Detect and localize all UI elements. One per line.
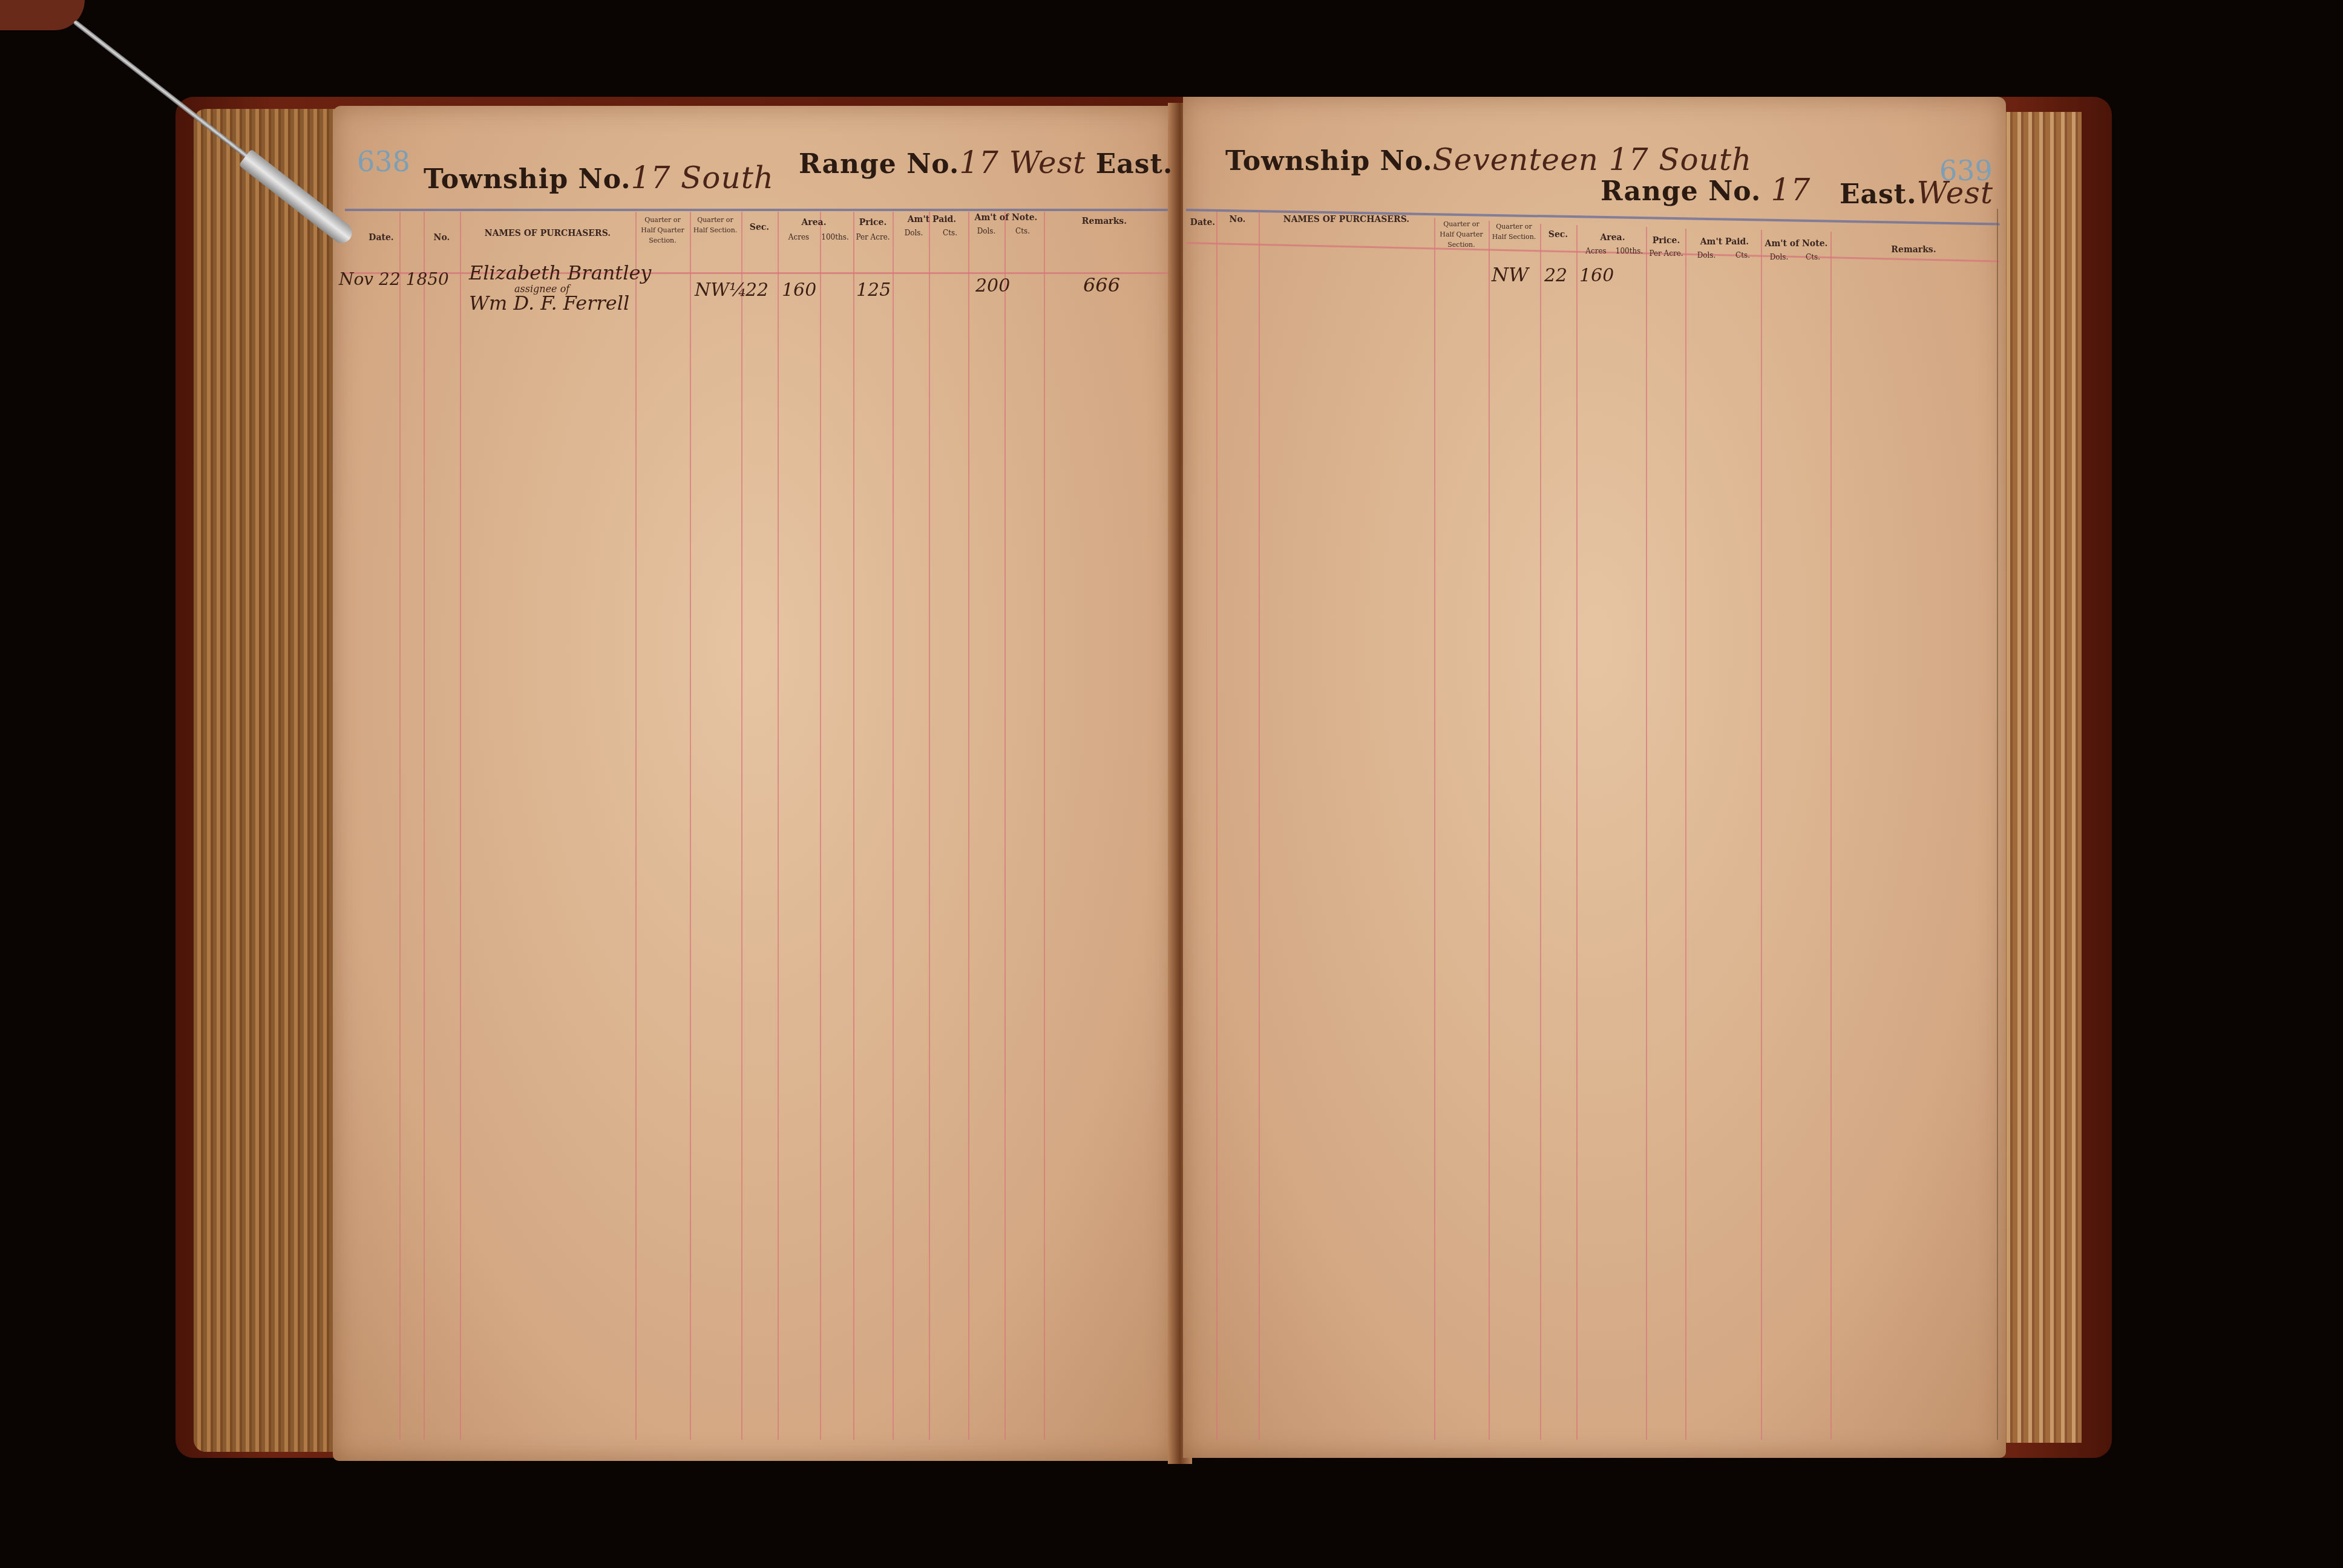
entry-sec: 22 xyxy=(1544,265,1567,286)
vline xyxy=(1434,218,1435,1440)
entry-remarks: 666 xyxy=(1083,273,1120,296)
col-amt-paid: Am't Paid. xyxy=(1688,237,1761,247)
col-sec: Sec. xyxy=(741,223,778,233)
col-names: NAMES OF PURCHASERS. xyxy=(466,229,629,239)
left-page-number: 638 xyxy=(357,145,410,178)
col-quarter-half-quarter: Quarter or Half Quarter Section. xyxy=(1435,219,1487,250)
vline xyxy=(1259,212,1260,1440)
vline xyxy=(1685,229,1686,1440)
vline xyxy=(424,212,425,1440)
range-label: Range No. xyxy=(1601,176,1761,207)
col-date: Date. xyxy=(363,233,399,243)
col-date: Date. xyxy=(1189,218,1216,228)
col-amt-paid-dols: Dols. xyxy=(896,229,932,237)
col-quarter-half-quarter: Quarter or Half Quarter Section. xyxy=(637,215,689,246)
col-no: No. xyxy=(1222,215,1253,225)
entry-sec: 22 xyxy=(745,279,768,301)
entry-area-acres: 160 xyxy=(1579,265,1614,286)
range-value: 17 West xyxy=(959,145,1086,180)
vline xyxy=(460,212,461,1440)
col-remarks: Remarks. xyxy=(1047,217,1162,227)
vline xyxy=(1004,212,1006,1440)
col-price-per-acre: Per Acre. xyxy=(853,233,893,241)
col-quarter-half: Quarter or Half Section. xyxy=(691,215,739,235)
vline xyxy=(741,212,742,1440)
col-area-100ths: 100ths. xyxy=(1613,247,1646,255)
vline xyxy=(820,212,821,1440)
township-value: 17 South xyxy=(631,160,774,195)
vline xyxy=(778,212,779,1440)
vline xyxy=(690,212,691,1440)
entry-quarter-half: NW xyxy=(1492,263,1529,286)
vline xyxy=(1646,227,1647,1440)
township-label: Township No. xyxy=(1225,146,1433,177)
col-area-acres: Acres xyxy=(781,233,817,241)
vline xyxy=(635,212,637,1440)
left-header: Township No.17 South xyxy=(424,160,774,195)
col-amt-note: Am't of Note. xyxy=(968,213,1044,223)
col-amt-note-dols: Dols. xyxy=(1762,253,1796,261)
vline xyxy=(853,212,854,1440)
col-area: Area. xyxy=(1579,233,1646,243)
range-value: 17 xyxy=(1771,172,1811,207)
vline xyxy=(1576,225,1578,1440)
vline xyxy=(1216,212,1217,1440)
col-amt-note: Am't of Note. xyxy=(1762,239,1830,249)
entry-date: Nov 22 1850 xyxy=(339,269,449,289)
left-header-rule xyxy=(345,209,1168,211)
col-no: No. xyxy=(424,233,460,243)
left-page xyxy=(333,106,1174,1461)
col-price-per-acre: Per Acre. xyxy=(1647,249,1685,258)
col-amt-paid-dols: Dols. xyxy=(1688,251,1725,260)
vline xyxy=(893,212,894,1440)
col-area-acres: Acres xyxy=(1579,247,1613,255)
col-remarks: Remarks. xyxy=(1833,245,1994,255)
col-quarter-half: Quarter or Half Section. xyxy=(1490,221,1538,242)
col-amt-paid-cts: Cts. xyxy=(932,229,968,237)
east-value: West xyxy=(1916,175,1993,211)
spatula-handle xyxy=(73,20,257,165)
right-range: Range No. 17 xyxy=(1601,172,1810,207)
vline xyxy=(1489,221,1490,1440)
vline xyxy=(968,212,969,1440)
col-names: NAMES OF PURCHASERS. xyxy=(1262,215,1431,225)
col-area-100ths: 100ths. xyxy=(817,233,853,241)
left-range: Range No.17 West East. xyxy=(799,145,1173,180)
col-amt-paid: Am't Paid. xyxy=(896,215,968,225)
vline xyxy=(1540,224,1541,1440)
entry-area-acres: 160 xyxy=(782,279,816,301)
col-amt-note-dols: Dols. xyxy=(968,227,1004,235)
col-sec: Sec. xyxy=(1540,230,1576,240)
col-price: Price. xyxy=(853,218,893,228)
vline xyxy=(1997,209,1998,1440)
vline xyxy=(399,212,401,1440)
vline xyxy=(929,212,930,1440)
entry-amt-note: 200 xyxy=(975,275,1010,296)
entry-price: 125 xyxy=(856,279,891,301)
entry-purchaser-assignor: Wm D. F. Ferrell xyxy=(469,292,629,315)
entry-purchaser: Elizabeth Brantley xyxy=(469,261,651,284)
east-label: East. xyxy=(1840,179,1916,210)
entry-quarter-half: NW¼ xyxy=(695,279,747,301)
col-price: Price. xyxy=(1647,236,1685,246)
vline xyxy=(1830,232,1832,1440)
right-page xyxy=(1183,97,2006,1458)
right-east: East.West xyxy=(1840,175,1993,211)
vline xyxy=(1761,230,1762,1440)
col-amt-paid-cts: Cts. xyxy=(1725,251,1761,260)
township-label: Township No. xyxy=(424,164,631,195)
vline xyxy=(1044,212,1045,1440)
col-area: Area. xyxy=(781,218,847,228)
east-label: East. xyxy=(1096,149,1173,180)
range-label: Range No. xyxy=(799,149,959,180)
col-amt-note-cts: Cts. xyxy=(1004,227,1041,235)
col-amt-note-cts: Cts. xyxy=(1796,253,1830,261)
